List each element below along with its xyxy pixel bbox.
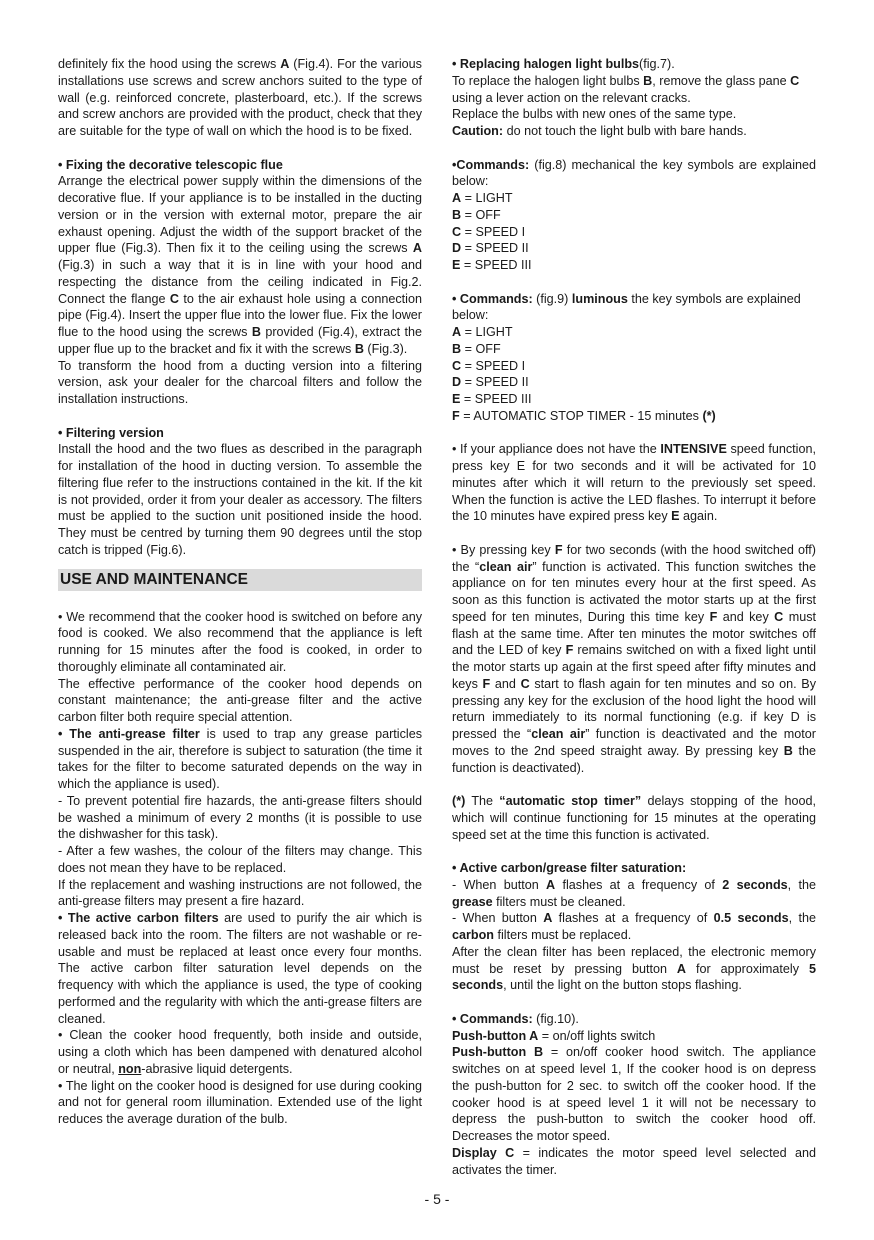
saturation-heading: • Active carbon/grease filter saturation… [452,860,816,877]
anti-grease-paragraph: • The anti-grease filter is used to trap… [58,726,422,793]
halogen-replace: Replace the bulbs with new ones of the s… [452,106,816,123]
halogen-caution: Caution: do not touch the light bulb wit… [452,123,816,140]
key-item: E = SPEED III [452,391,816,408]
halogen-heading: • Replacing halogen light bulbs(fig.7). [452,56,816,73]
transform-paragraph: To transform the hood from a ducting ver… [58,358,422,408]
filtering-version-body: Install the hood and the two flues as de… [58,441,422,558]
halogen-body: To replace the halogen light bulbs B, re… [452,73,816,107]
carbon-filter-paragraph: • The active carbon filters are used to … [58,910,422,1027]
saturation-reset-line: After the clean filter has been replaced… [452,944,816,994]
colour-change-dash: - After a few washes, the colour of the … [58,843,422,877]
push-button-b: Push-button B = on/off cooker hood switc… [452,1044,816,1145]
luminous-key-list: A = LIGHT B = OFF C = SPEED I D = SPEED … [452,324,816,425]
saturation-carbon-line: - When button A flashes at a frequency o… [452,910,816,944]
clean-air-paragraph: • By pressing key F for two seconds (wit… [452,542,816,777]
fire-hazard-dash: - To prevent potential fire hazards, the… [58,793,422,843]
key-item: D = SPEED II [452,374,816,391]
cleaning-paragraph: • Clean the cooker hood frequently, both… [58,1027,422,1077]
key-item: B = OFF [452,341,816,358]
intensive-paragraph: • If your appliance does not have the IN… [452,441,816,525]
use-paragraph-2: The effective performance of the cooker … [58,676,422,726]
commands-luminous-intro: • Commands: (fig.9) luminous the key sym… [452,291,816,325]
right-column: • Replacing halogen light bulbs(fig.7). … [452,56,816,1178]
page-number: - 5 - [0,1191,874,1207]
left-column: definitely fix the hood using the screws… [58,56,422,1128]
key-item: A = LIGHT [452,190,816,207]
section-heading-use-maintenance: USE AND MAINTENANCE [58,569,422,591]
commands-mechanical-intro: •Commands: (fig.8) mechanical the key sy… [452,157,816,191]
telescopic-flue-heading: • Fixing the decorative telescopic flue [58,157,422,174]
key-item: C = SPEED I [452,358,816,375]
push-button-a: Push-button A = on/off lights switch [452,1028,816,1045]
telescopic-flue-body: Arrange the electrical power supply with… [58,173,422,357]
light-paragraph: • The light on the cooker hood is design… [58,1078,422,1128]
fire-warning: If the replacement and washing instructi… [58,877,422,911]
key-item: E = SPEED III [452,257,816,274]
use-paragraph-1: • We recommend that the cooker hood is s… [58,609,422,676]
commands-push-intro: • Commands: (fig.10). [452,1011,816,1028]
timer-note-paragraph: (*) The “automatic stop timer” delays st… [452,793,816,843]
key-item: B = OFF [452,207,816,224]
display-c: Display C = indicates the motor speed le… [452,1145,816,1179]
key-item: D = SPEED II [452,240,816,257]
key-item: A = LIGHT [452,324,816,341]
intro-paragraph: definitely fix the hood using the screws… [58,56,422,140]
saturation-grease-line: - When button A flashes at a frequency o… [452,877,816,911]
filtering-version-heading: • Filtering version [58,425,422,442]
key-item: C = SPEED I [452,224,816,241]
mechanical-key-list: A = LIGHT B = OFF C = SPEED I D = SPEED … [452,190,816,274]
key-item: F = AUTOMATIC STOP TIMER - 15 minutes (*… [452,408,816,425]
